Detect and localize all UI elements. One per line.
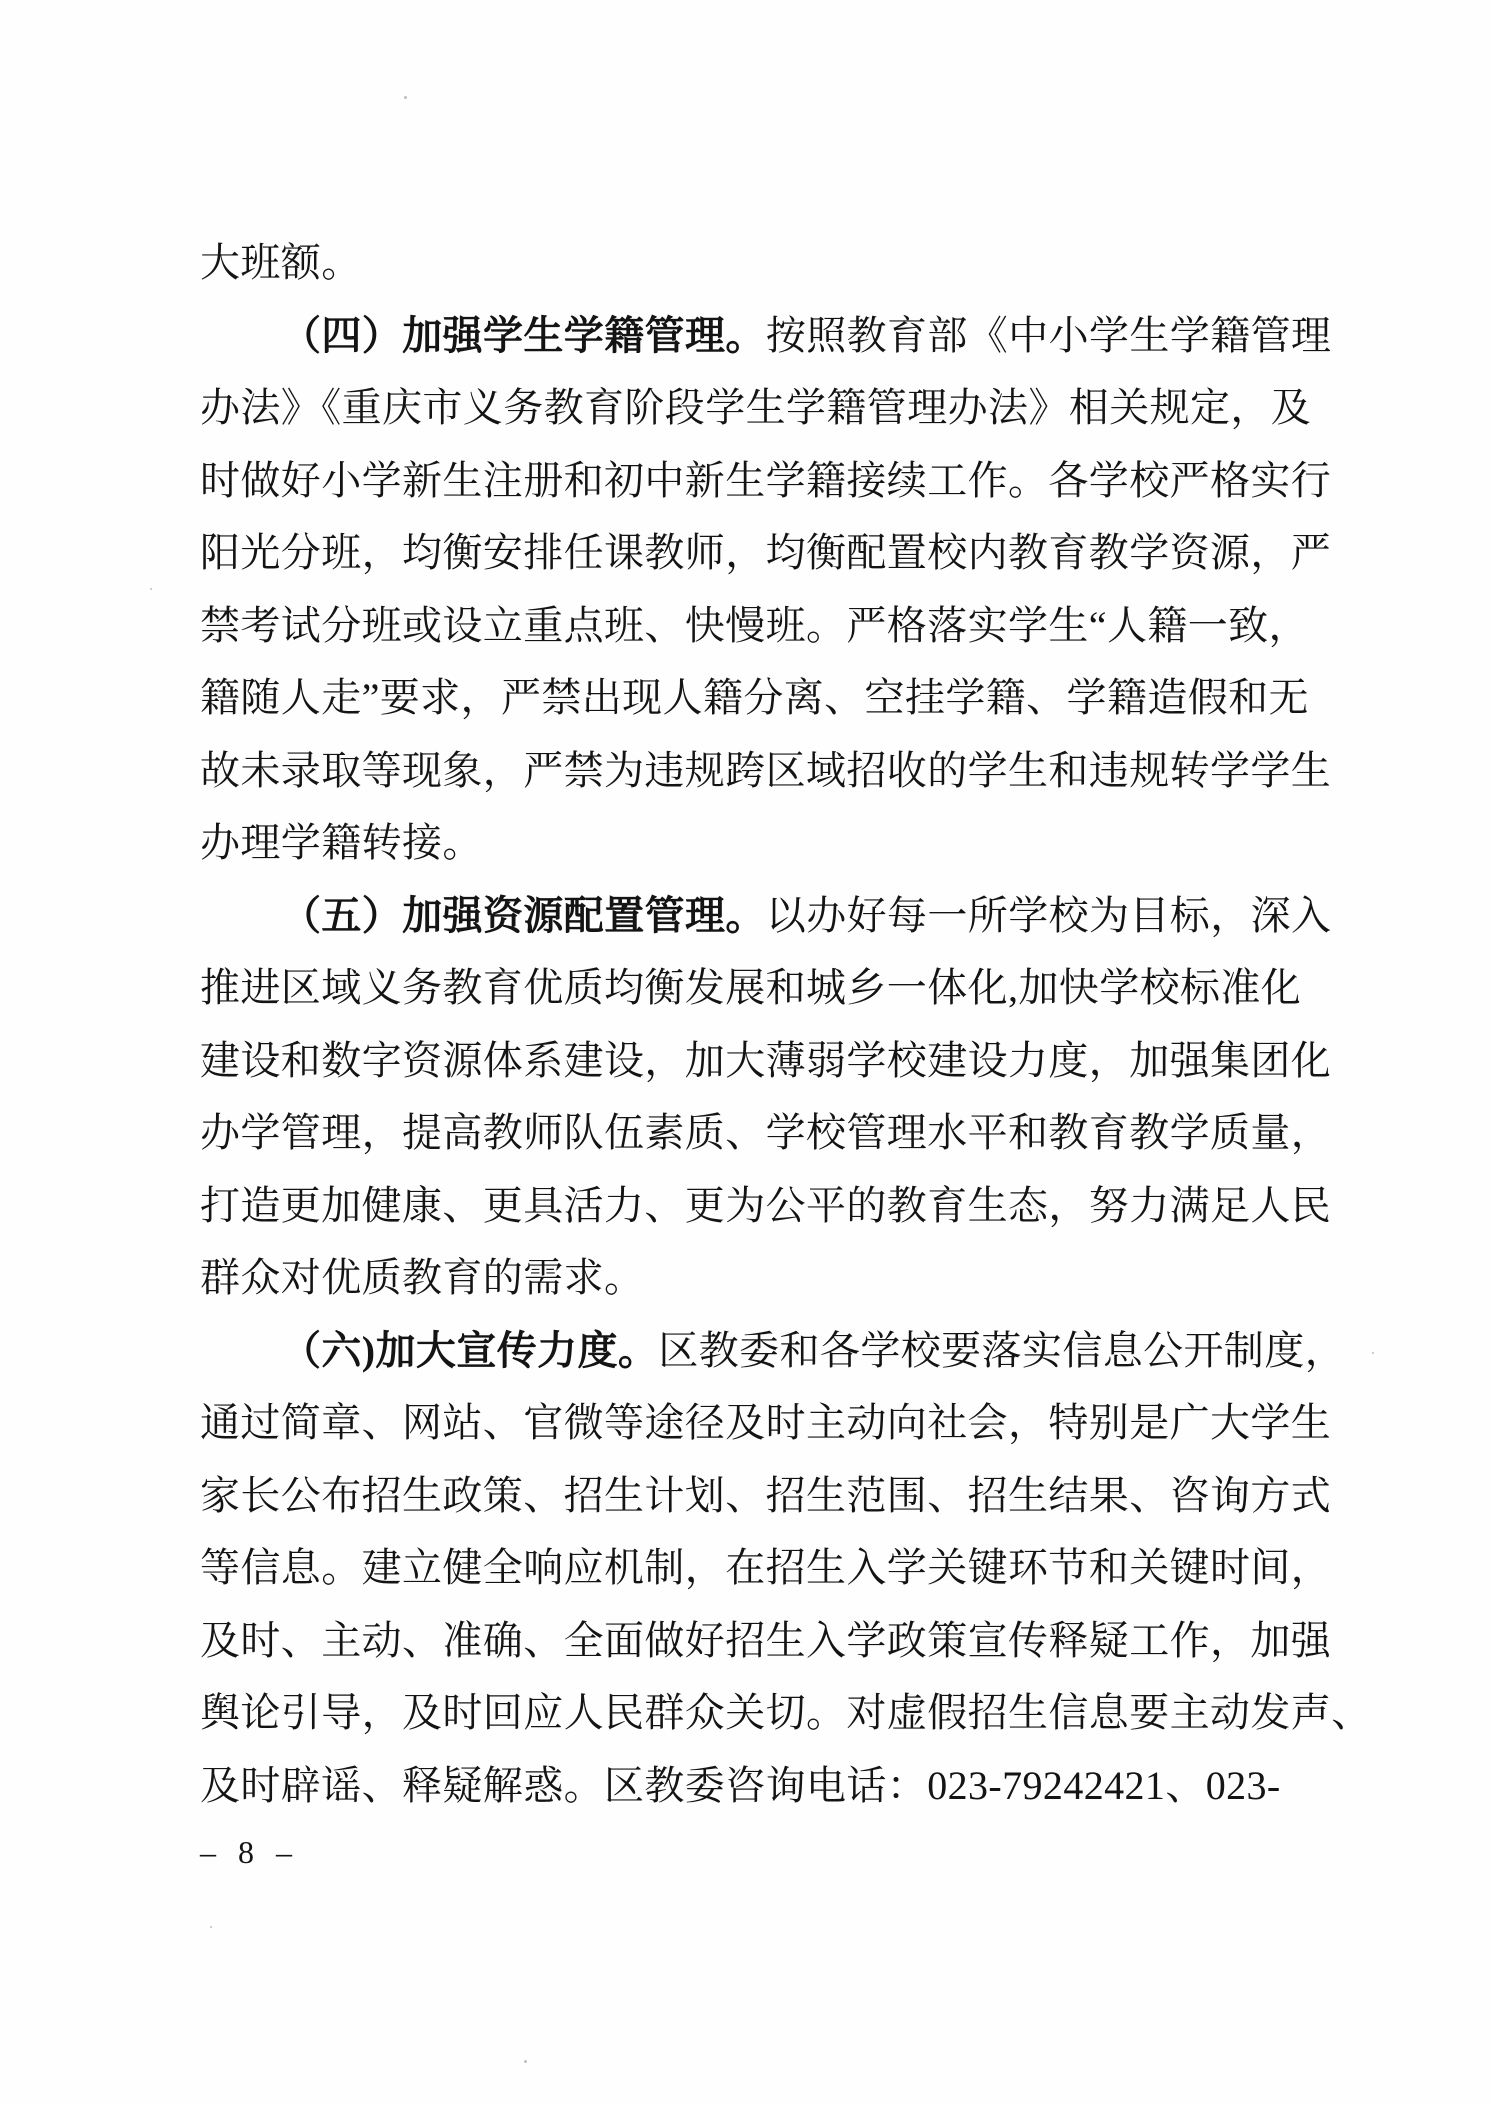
scanned-document-page: 大班额。（四）加强学生学籍管理。按照教育部《中小学生学籍管理办法》《重庆市义务教…	[0, 0, 1490, 2104]
text-line: 通过简章、网站、官微等途径及时主动向社会，特别是广大学生	[200, 1387, 1380, 1460]
paragraph-heading-segment: （四）加强学生学籍管理。	[281, 313, 766, 358]
text-line: （四）加强学生学籍管理。按照教育部《中小学生学籍管理	[200, 300, 1380, 373]
text-line: 禁考试分班或设立重点班、快慢班。严格落实学生“人籍一致，	[200, 590, 1380, 663]
text-line: 大班额。	[200, 227, 1380, 300]
text-segment: 禁考试分班或设立重点班、快慢班。严格落实学生“人籍一致，	[200, 603, 1309, 648]
text-line: 群众对优质教育的需求。	[200, 1242, 1380, 1315]
text-segment: 时做好小学新生注册和初中新生学籍接续工作。各学校严格实行	[200, 458, 1331, 503]
text-line: 建设和数字资源体系建设，加大薄弱学校建设力度，加强集团化	[200, 1025, 1380, 1098]
text-segment: 大班额。	[200, 240, 362, 285]
text-line: 籍随人走”要求，严禁出现人籍分离、空挂学籍、学籍造假和无	[200, 662, 1380, 735]
text-segment: 群众对优质教育的需求。	[200, 1255, 644, 1300]
text-line: 办理学籍转接。	[200, 807, 1380, 880]
paragraph-heading-segment: （六)加大宣传力度。	[281, 1328, 658, 1373]
document-body: 大班额。（四）加强学生学籍管理。按照教育部《中小学生学籍管理办法》《重庆市义务教…	[200, 227, 1380, 1822]
text-line: 打造更加健康、更具活力、更为公平的教育生态，努力满足人民	[200, 1170, 1380, 1243]
text-line: 时做好小学新生注册和初中新生学籍接续工作。各学校严格实行	[200, 445, 1380, 518]
text-segment: 阳光分班，均衡安排任课教师，均衡配置校内教育教学资源，严	[200, 530, 1331, 575]
text-segment: 区教委和各学校要落实信息公开制度，	[658, 1328, 1345, 1373]
page-number: – 8 –	[200, 1832, 299, 1872]
text-line: 故未录取等现象，严禁为违规跨区域招收的学生和违规转学学生	[200, 735, 1380, 808]
text-segment: 舆论引导，及时回应人民群众关切。对虚假招生信息要主动发声、	[200, 1690, 1372, 1735]
text-segment: 籍随人走”要求，严禁出现人籍分离、空挂学籍、学籍造假和无	[200, 675, 1309, 720]
text-segment: 等信息。建立健全响应机制，在招生入学关键环节和关键时间，	[200, 1545, 1331, 1590]
text-line: 办法》《重庆市义务教育阶段学生学籍管理办法》相关规定，及	[200, 372, 1380, 445]
text-segment: 家长公布招生政策、招生计划、招生范围、招生结果、咨询方式	[200, 1473, 1331, 1518]
text-line: 舆论引导，及时回应人民群众关切。对虚假招生信息要主动发声、	[200, 1677, 1380, 1750]
text-line: 阳光分班，均衡安排任课教师，均衡配置校内教育教学资源，严	[200, 517, 1380, 590]
text-segment: 推进区域义务教育优质均衡发展和城乡一体化,加快学校标准化	[200, 965, 1301, 1010]
text-segment: 以办好每一所学校为目标，深入	[766, 893, 1332, 938]
scan-noise-speck	[150, 588, 152, 590]
text-segment: 及时、主动、准确、全面做好招生入学政策宣传释疑工作，加强	[200, 1618, 1331, 1663]
scan-noise-speck	[210, 1926, 212, 1928]
scan-noise-speck	[404, 96, 407, 99]
paragraph-heading-segment: （五）加强资源配置管理。	[281, 893, 766, 938]
text-line: 及时辟谣、释疑解惑。区教委咨询电话：023-79242421、023-	[200, 1750, 1380, 1823]
text-segment: 故未录取等现象，严禁为违规跨区域招收的学生和违规转学学生	[200, 748, 1331, 793]
text-line: （六)加大宣传力度。区教委和各学校要落实信息公开制度，	[200, 1315, 1380, 1388]
text-line: （五）加强资源配置管理。以办好每一所学校为目标，深入	[200, 880, 1380, 953]
text-segment: 办理学籍转接。	[200, 820, 483, 865]
text-line: 办学管理，提高教师队伍素质、学校管理水平和教育教学质量，	[200, 1097, 1380, 1170]
text-segment: 办学管理，提高教师队伍素质、学校管理水平和教育教学质量，	[200, 1110, 1331, 1155]
text-segment: 建设和数字资源体系建设，加大薄弱学校建设力度，加强集团化	[200, 1038, 1331, 1083]
scan-noise-speck	[524, 2060, 527, 2063]
text-line: 等信息。建立健全响应机制，在招生入学关键环节和关键时间，	[200, 1532, 1380, 1605]
text-line: 及时、主动、准确、全面做好招生入学政策宣传释疑工作，加强	[200, 1605, 1380, 1678]
text-line: 推进区域义务教育优质均衡发展和城乡一体化,加快学校标准化	[200, 952, 1380, 1025]
text-segment: 按照教育部《中小学生学籍管理	[766, 313, 1332, 358]
scan-noise-speck	[1372, 1352, 1374, 1354]
text-segment: 及时辟谣、释疑解惑。区教委咨询电话：023-79242421、023-	[200, 1763, 1281, 1808]
text-segment: 办法》《重庆市义务教育阶段学生学籍管理办法》相关规定，及	[200, 385, 1311, 430]
text-segment: 通过简章、网站、官微等途径及时主动向社会，特别是广大学生	[200, 1400, 1331, 1445]
text-segment: 打造更加健康、更具活力、更为公平的教育生态，努力满足人民	[200, 1183, 1331, 1228]
text-line: 家长公布招生政策、招生计划、招生范围、招生结果、咨询方式	[200, 1460, 1380, 1533]
